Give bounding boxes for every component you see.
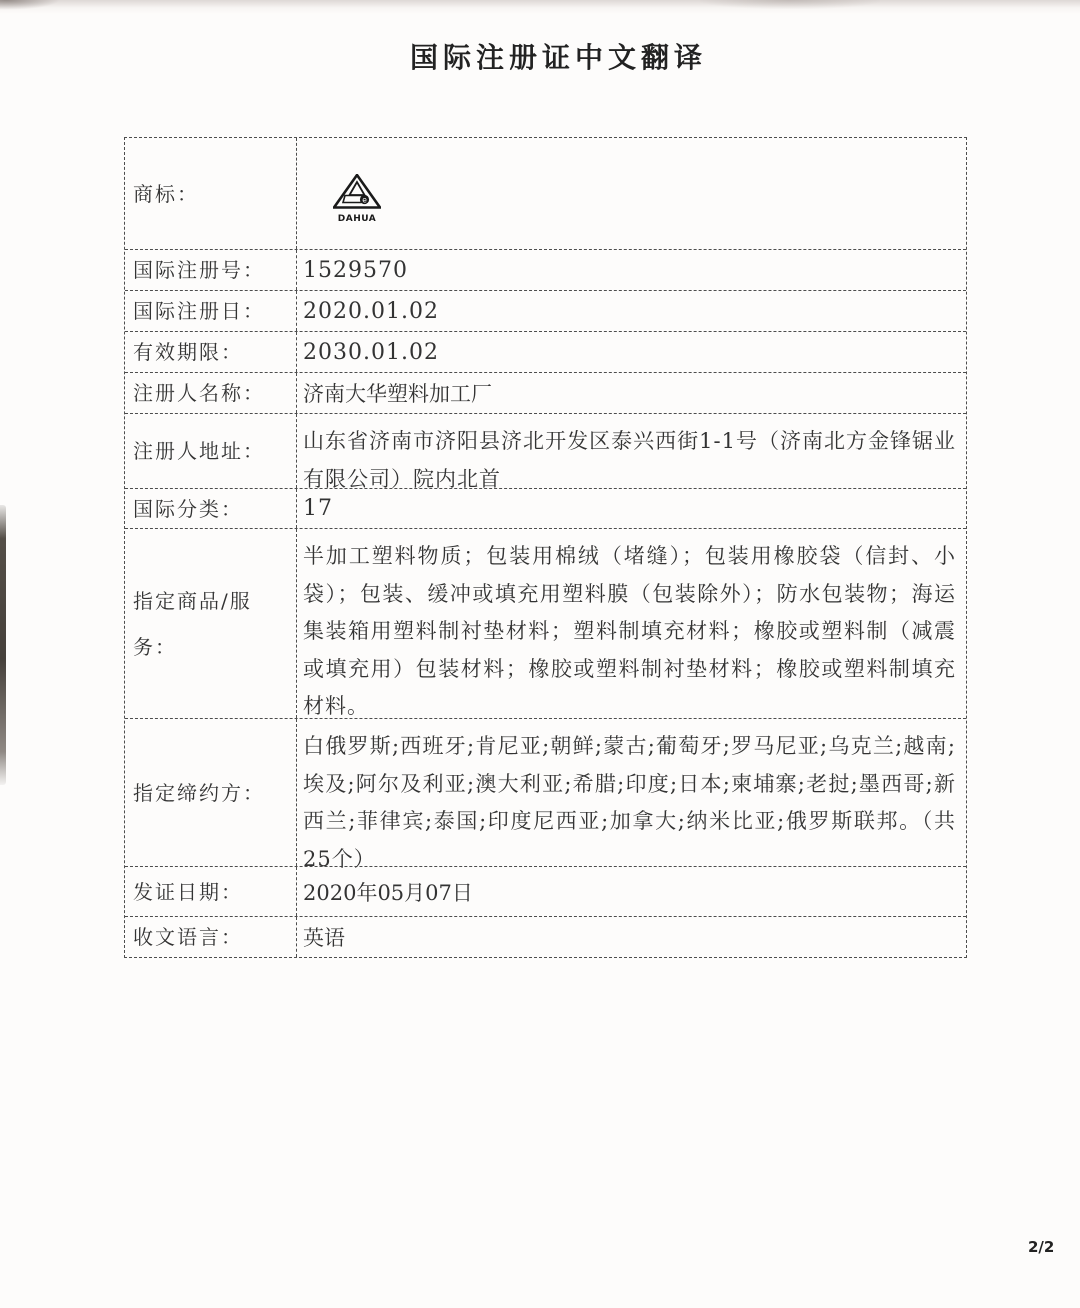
value-international-class: 17 xyxy=(297,489,966,528)
label-expiry-date: 有效期限： xyxy=(125,332,297,372)
scan-binding-mark xyxy=(0,505,6,785)
table-row-goods-services: 指定商品/服务： 半加工塑料物质；包装用棉绒（堵缝）；包装用橡胶袋（信封、小袋）… xyxy=(125,529,966,719)
table-row-registrant-address: 注册人地址： 山东省济南市济阳县济北开发区泰兴西街1-1号（济南北方金锋锯业有限… xyxy=(125,414,966,489)
trademark-logo: e DAHUA xyxy=(333,174,381,224)
value-issue-date: 2020年05月07日 xyxy=(297,867,966,916)
table-row-expiry-date: 有效期限： 2030.01.02 xyxy=(125,332,966,373)
label-registration-date: 国际注册日： xyxy=(125,291,297,331)
scanned-document-page: 国际注册证中文翻译 商标： e DAHUA 国际注册号： 1529 xyxy=(0,0,1080,1308)
value-registration-date: 2020.01.02 xyxy=(297,291,966,331)
value-registrant-name: 济南大华塑料加工厂 xyxy=(297,373,966,413)
table-row-registrant-name: 注册人名称： 济南大华塑料加工厂 xyxy=(125,373,966,414)
scan-edge-artifact xyxy=(0,0,1080,14)
label-contracting-parties: 指定缔约方： xyxy=(125,719,297,866)
value-registration-number: 1529570 xyxy=(297,250,966,290)
value-registrant-address: 山东省济南市济阳县济北开发区泰兴西街1-1号（济南北方金锋锯业有限公司）院内北首 xyxy=(297,414,966,488)
scan-smudge-top-left xyxy=(0,0,60,10)
value-document-language: 英语 xyxy=(297,917,966,957)
label-registrant-address: 注册人地址： xyxy=(125,414,297,488)
table-row-trademark: 商标： e DAHUA xyxy=(125,138,966,250)
scan-smudge-top-mid xyxy=(700,0,880,9)
svg-text:e: e xyxy=(362,195,367,204)
dahua-triangle-icon: e xyxy=(333,174,381,216)
value-contracting-parties: 白俄罗斯;西班牙;肯尼亚;朝鲜;蒙古;葡萄牙;罗马尼亚;乌克兰;越南;埃及;阿尔… xyxy=(297,719,966,866)
table-row-registration-number: 国际注册号： 1529570 xyxy=(125,250,966,291)
value-expiry-date: 2030.01.02 xyxy=(297,332,966,372)
table-row-registration-date: 国际注册日： 2020.01.02 xyxy=(125,291,966,332)
label-international-class: 国际分类： xyxy=(125,489,297,528)
label-trademark: 商标： xyxy=(125,138,297,249)
table-row-contracting-parties: 指定缔约方： 白俄罗斯;西班牙;肯尼亚;朝鲜;蒙古;葡萄牙;罗马尼亚;乌克兰;越… xyxy=(125,719,966,867)
label-goods-services: 指定商品/服务： xyxy=(125,529,297,718)
table-row-document-language: 收文语言： 英语 xyxy=(125,917,966,957)
value-goods-services: 半加工塑料物质；包装用棉绒（堵缝）；包装用橡胶袋（信封、小袋）；包装、缓冲或填充… xyxy=(297,529,966,718)
document-title: 国际注册证中文翻译 xyxy=(410,36,707,76)
table-row-international-class: 国际分类： 17 xyxy=(125,489,966,529)
label-document-language: 收文语言： xyxy=(125,917,297,957)
table-row-issue-date: 发证日期： 2020年05月07日 xyxy=(125,867,966,917)
registration-table: 商标： e DAHUA 国际注册号： 1529570 国际注册日 xyxy=(124,137,967,958)
value-trademark: e DAHUA xyxy=(297,138,966,249)
label-registrant-name: 注册人名称： xyxy=(125,373,297,413)
page-number: 2/2 xyxy=(1028,1238,1054,1256)
label-issue-date: 发证日期： xyxy=(125,867,297,916)
label-registration-number: 国际注册号： xyxy=(125,250,297,290)
trademark-logo-text: DAHUA xyxy=(338,214,376,224)
